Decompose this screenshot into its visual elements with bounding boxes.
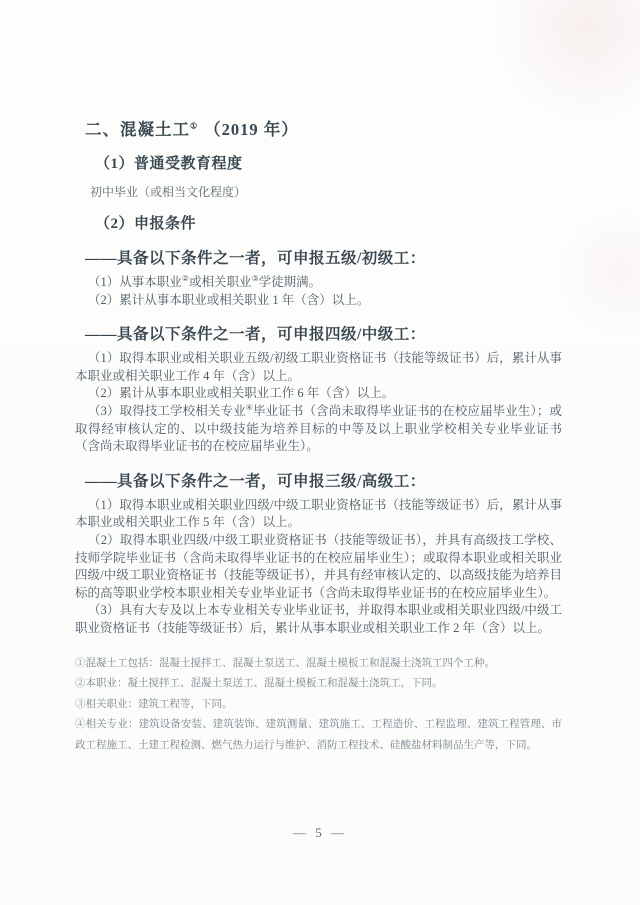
section-heading-conditions: （2）申报条件 — [95, 212, 562, 233]
document-page: 二、混凝土工①（2019 年） （1）普通受教育程度 初中毕业（或相当文化程度）… — [75, 116, 562, 756]
section-heading-education: （1）普通受教育程度 — [95, 152, 562, 173]
footnote-2: ②本职业：凝土搅拌工、混凝土泵送工、混凝土模板工和混凝土浇筑工，下同。 — [75, 674, 562, 695]
footnote-3: ③相关职业：建筑工程等，下同。 — [75, 695, 562, 716]
title-text: 二、混凝土工 — [85, 120, 190, 139]
footnote-4: ④相关专业：建筑设备安装、建筑装饰、建筑测量、建筑施工、工程造价、工程监理、建筑… — [75, 715, 562, 756]
level4-item3-text: （3）取得技工学校相关专业 — [88, 404, 246, 418]
footnotes-block: ①混凝土工包括：混凝土搅拌工、混凝土泵送工、混凝土模板工和混凝土浇筑工四个工种。… — [75, 654, 562, 757]
level3-heading: ——具备以下条件之一者，可申报三级/高级工： — [85, 469, 562, 491]
level4-item-1: （1）取得本职业或相关职业五级/初级工职业资格证书（技能等级证书）后，累计从事本… — [75, 350, 562, 385]
level5-item1-text: （1）从事本职业 — [88, 275, 182, 289]
footnote-ref-1: ① — [190, 122, 198, 131]
level3-item-2: （2）取得本职业四级/中级工职业资格证书（技能等级证书），并具有高级技工学校、技… — [75, 532, 562, 602]
level4-heading: ——具备以下条件之一者，可申报四级/中级工： — [85, 322, 562, 344]
page-title: 二、混凝土工①（2019 年） — [85, 116, 562, 140]
level3-item-3: （3）具有大专及以上本专业相关专业毕业证书，并取得本职业或相关职业四级/中级工职… — [75, 602, 562, 637]
footnote-ref-4: ④ — [246, 403, 253, 412]
page-number: — 5 — — [0, 825, 640, 841]
footnote-ref-2: ② — [182, 274, 189, 283]
education-requirement-text: 初中毕业（或相当文化程度） — [90, 183, 562, 200]
level5-item1-text2: 或相关职业 — [189, 275, 252, 289]
level5-item-2: （2）累计从事本职业或相关职业 1 年（含）以上。 — [75, 292, 562, 310]
title-year: （2019 年） — [204, 120, 299, 139]
level4-item-3: （3）取得技工学校相关专业④毕业证书（含尚未取得毕业证书的在校应届毕业生）；或取… — [75, 403, 562, 456]
level3-item-1: （1）取得本职业或相关职业四级/中级工职业资格证书（技能等级证书）后，累计从事本… — [75, 497, 562, 532]
level5-item-1: （1）从事本职业②或相关职业③学徒期满。 — [75, 274, 562, 292]
level5-item1-text3: 学徒期满。 — [259, 275, 322, 289]
level4-item-2: （2）累计从事本职业或相关职业工作 6 年（含）以上。 — [75, 385, 562, 403]
level5-heading: ——具备以下条件之一者，可申报五级/初级工： — [85, 246, 562, 268]
footnote-1: ①混凝土工包括：混凝土搅拌工、混凝土泵送工、混凝土模板工和混凝土浇筑工四个工种。 — [75, 654, 562, 675]
footnote-ref-3: ③ — [251, 274, 258, 283]
